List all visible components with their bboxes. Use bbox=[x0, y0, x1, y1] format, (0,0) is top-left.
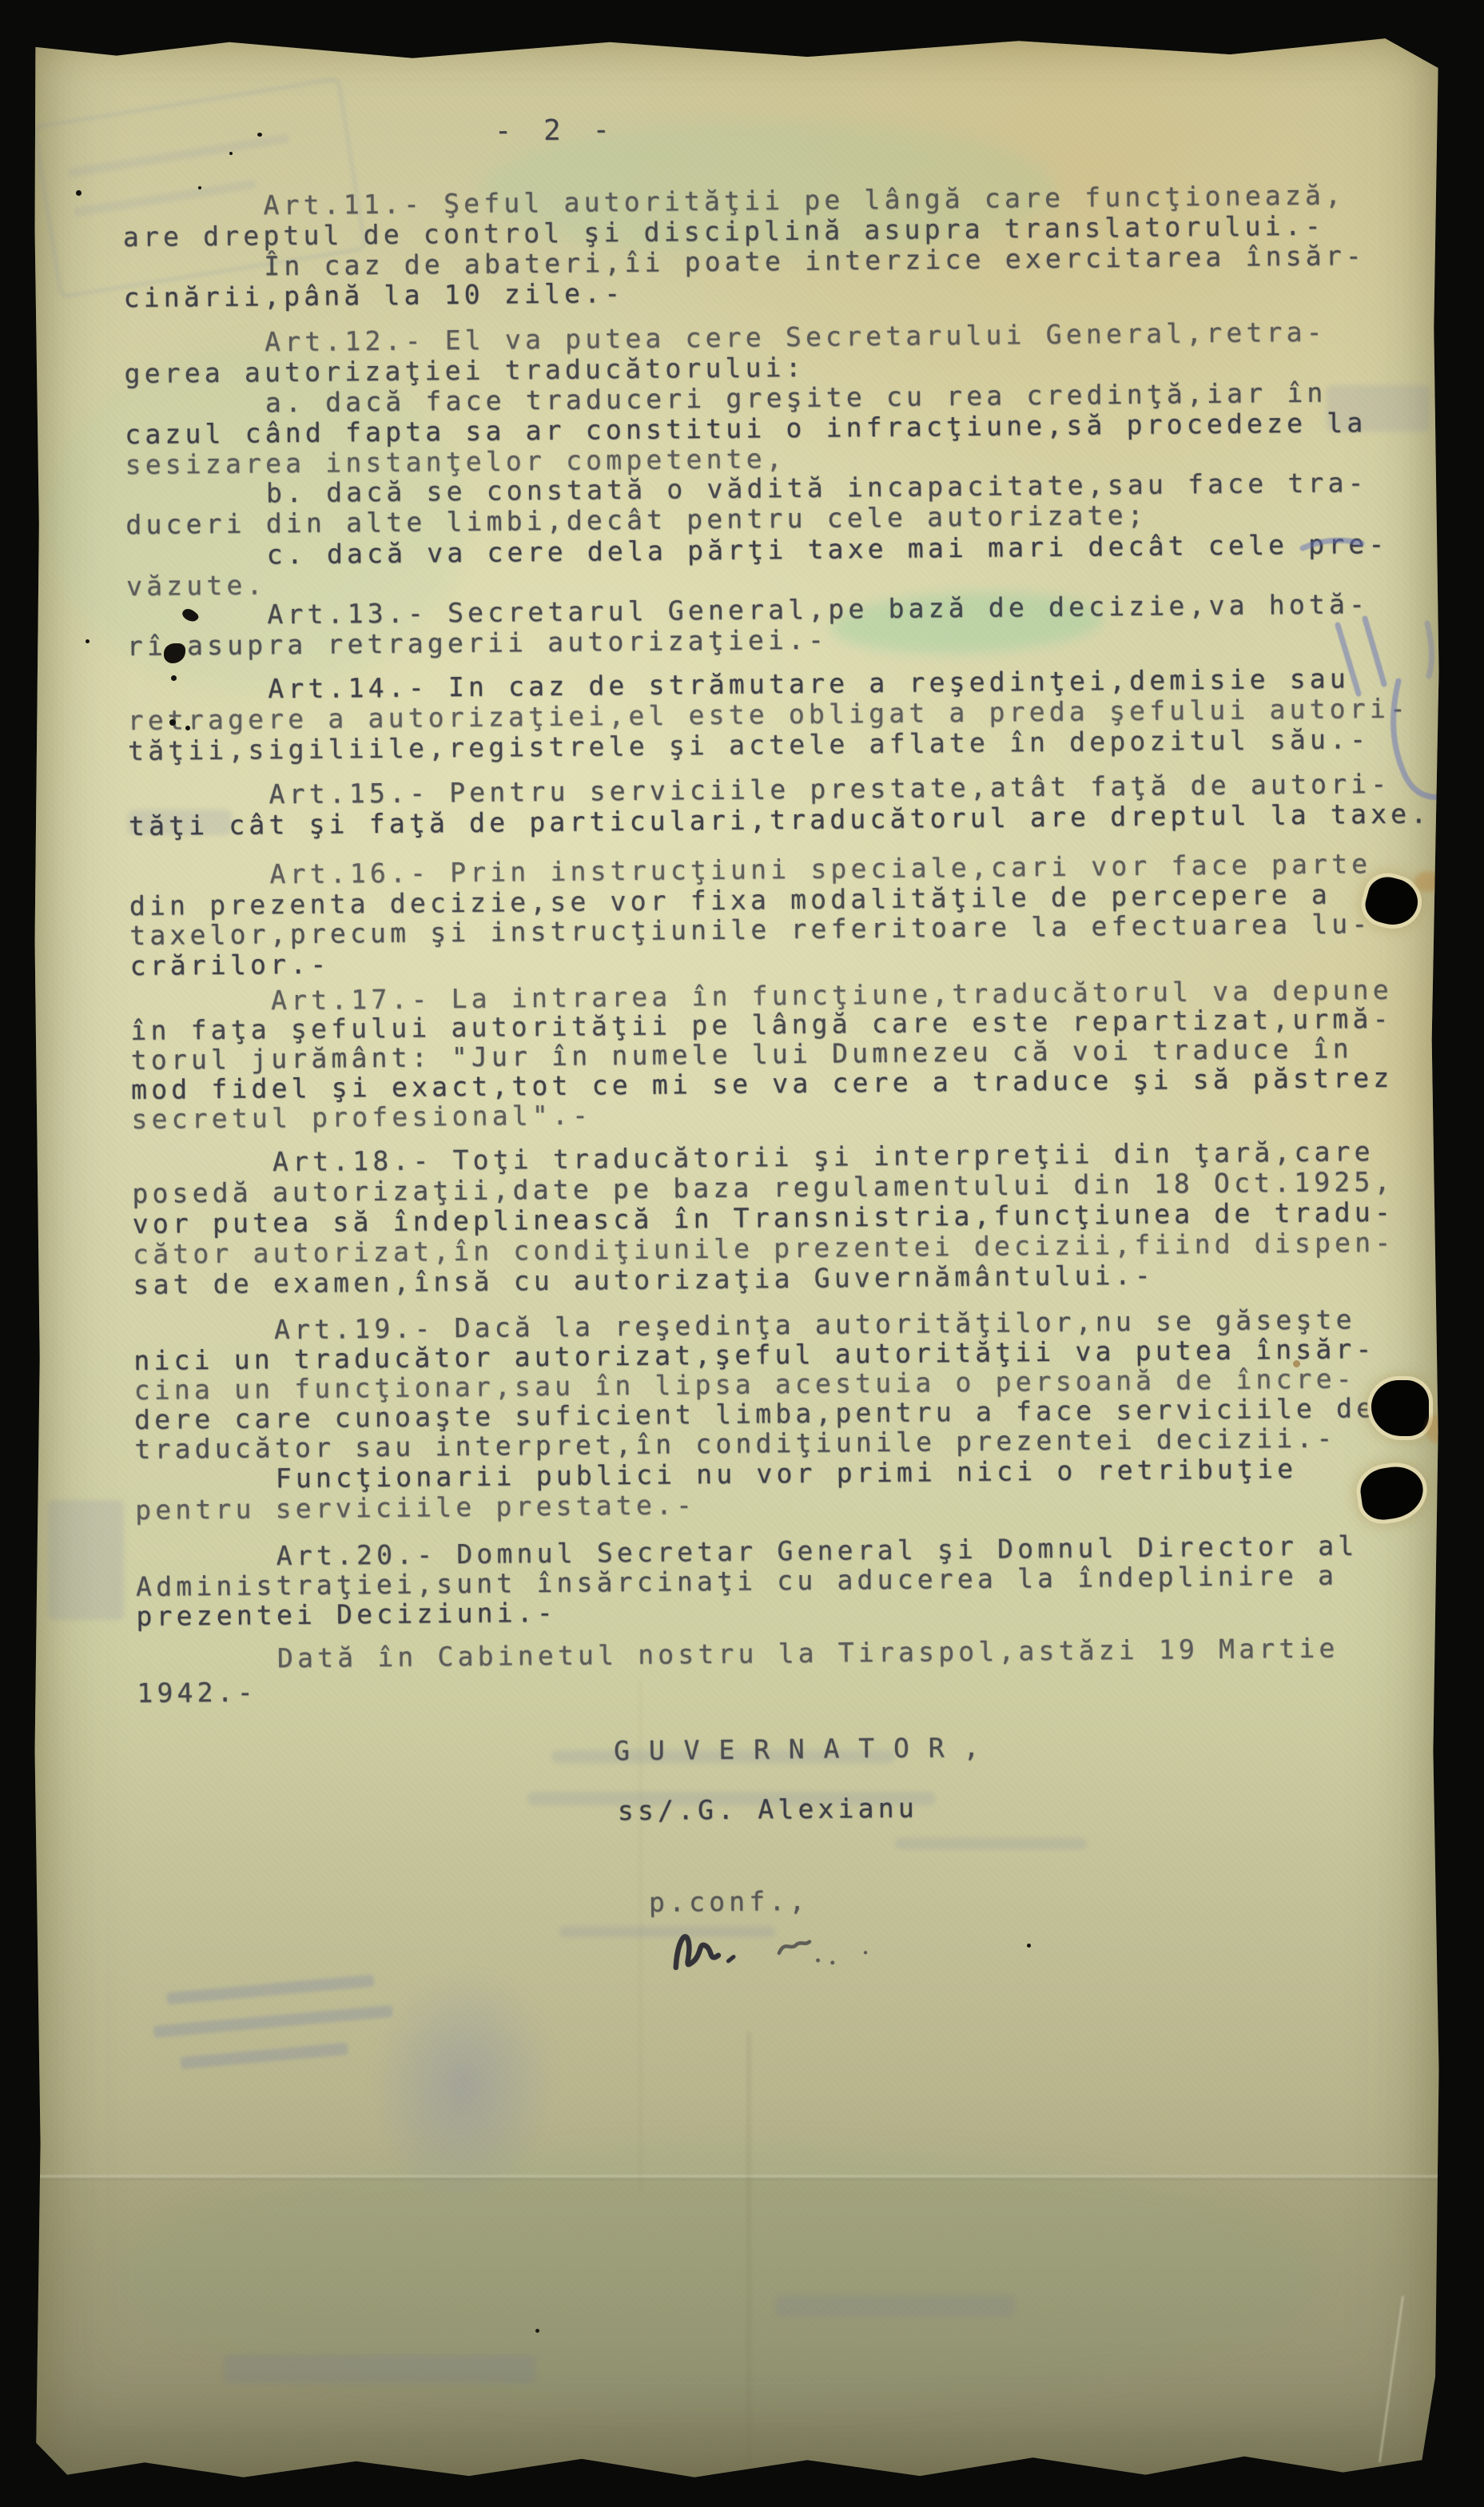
paper-hole bbox=[1371, 1380, 1429, 1436]
typed-line: Dată în Cabinetul nostru la Tiraspol,ast… bbox=[277, 1633, 1339, 1673]
handwritten-signature bbox=[657, 1903, 893, 1993]
pen-annotation bbox=[1279, 527, 1446, 839]
ink-splatter bbox=[171, 675, 177, 681]
typed-line: cinării,până la 10 zile.- bbox=[123, 278, 624, 313]
ink-splatter bbox=[185, 726, 190, 730]
typed-line: secretul profesional".- bbox=[131, 1100, 592, 1135]
ink-splatter bbox=[229, 152, 233, 155]
page-number: - 2 - bbox=[494, 113, 617, 147]
fold-shading bbox=[32, 2179, 1442, 2482]
typed-line: rî asupra retragerii autorizaţiei.- bbox=[127, 625, 829, 662]
typed-line: 1942.- bbox=[137, 1677, 257, 1708]
typed-line: văzute. bbox=[126, 570, 267, 602]
ink-splatter bbox=[257, 133, 262, 137]
signature-name-line: ss/.G. Alexianu bbox=[618, 1793, 918, 1827]
fold-crease bbox=[747, 2031, 750, 2479]
signature-role-line: G U V E R N A T O R , bbox=[614, 1733, 981, 1766]
typed-line: prezentei Deciziuni.- bbox=[136, 1598, 557, 1632]
ink-splatter bbox=[198, 186, 201, 189]
rust-spot bbox=[1293, 1360, 1300, 1367]
typed-line: pentru serviciile prestate.- bbox=[135, 1490, 696, 1526]
ink-splatter bbox=[76, 190, 82, 196]
fold-crease bbox=[639, 1680, 642, 2191]
paper-hole bbox=[1391, 1411, 1414, 1423]
ink-splatter bbox=[1027, 1944, 1031, 1948]
ink-splatter bbox=[86, 639, 90, 643]
scan-background: - 2 - Art.11.- Şeful autorităţii pe lâng… bbox=[0, 0, 1484, 2507]
typed-line: crărilor.- bbox=[129, 949, 330, 981]
typed-text-layer: - 2 - Art.11.- Şeful autorităţii pe lâng… bbox=[23, 21, 1456, 2488]
document-paper: - 2 - Art.11.- Şeful autorităţii pe lâng… bbox=[32, 34, 1442, 2487]
ink-splatter bbox=[169, 719, 176, 726]
